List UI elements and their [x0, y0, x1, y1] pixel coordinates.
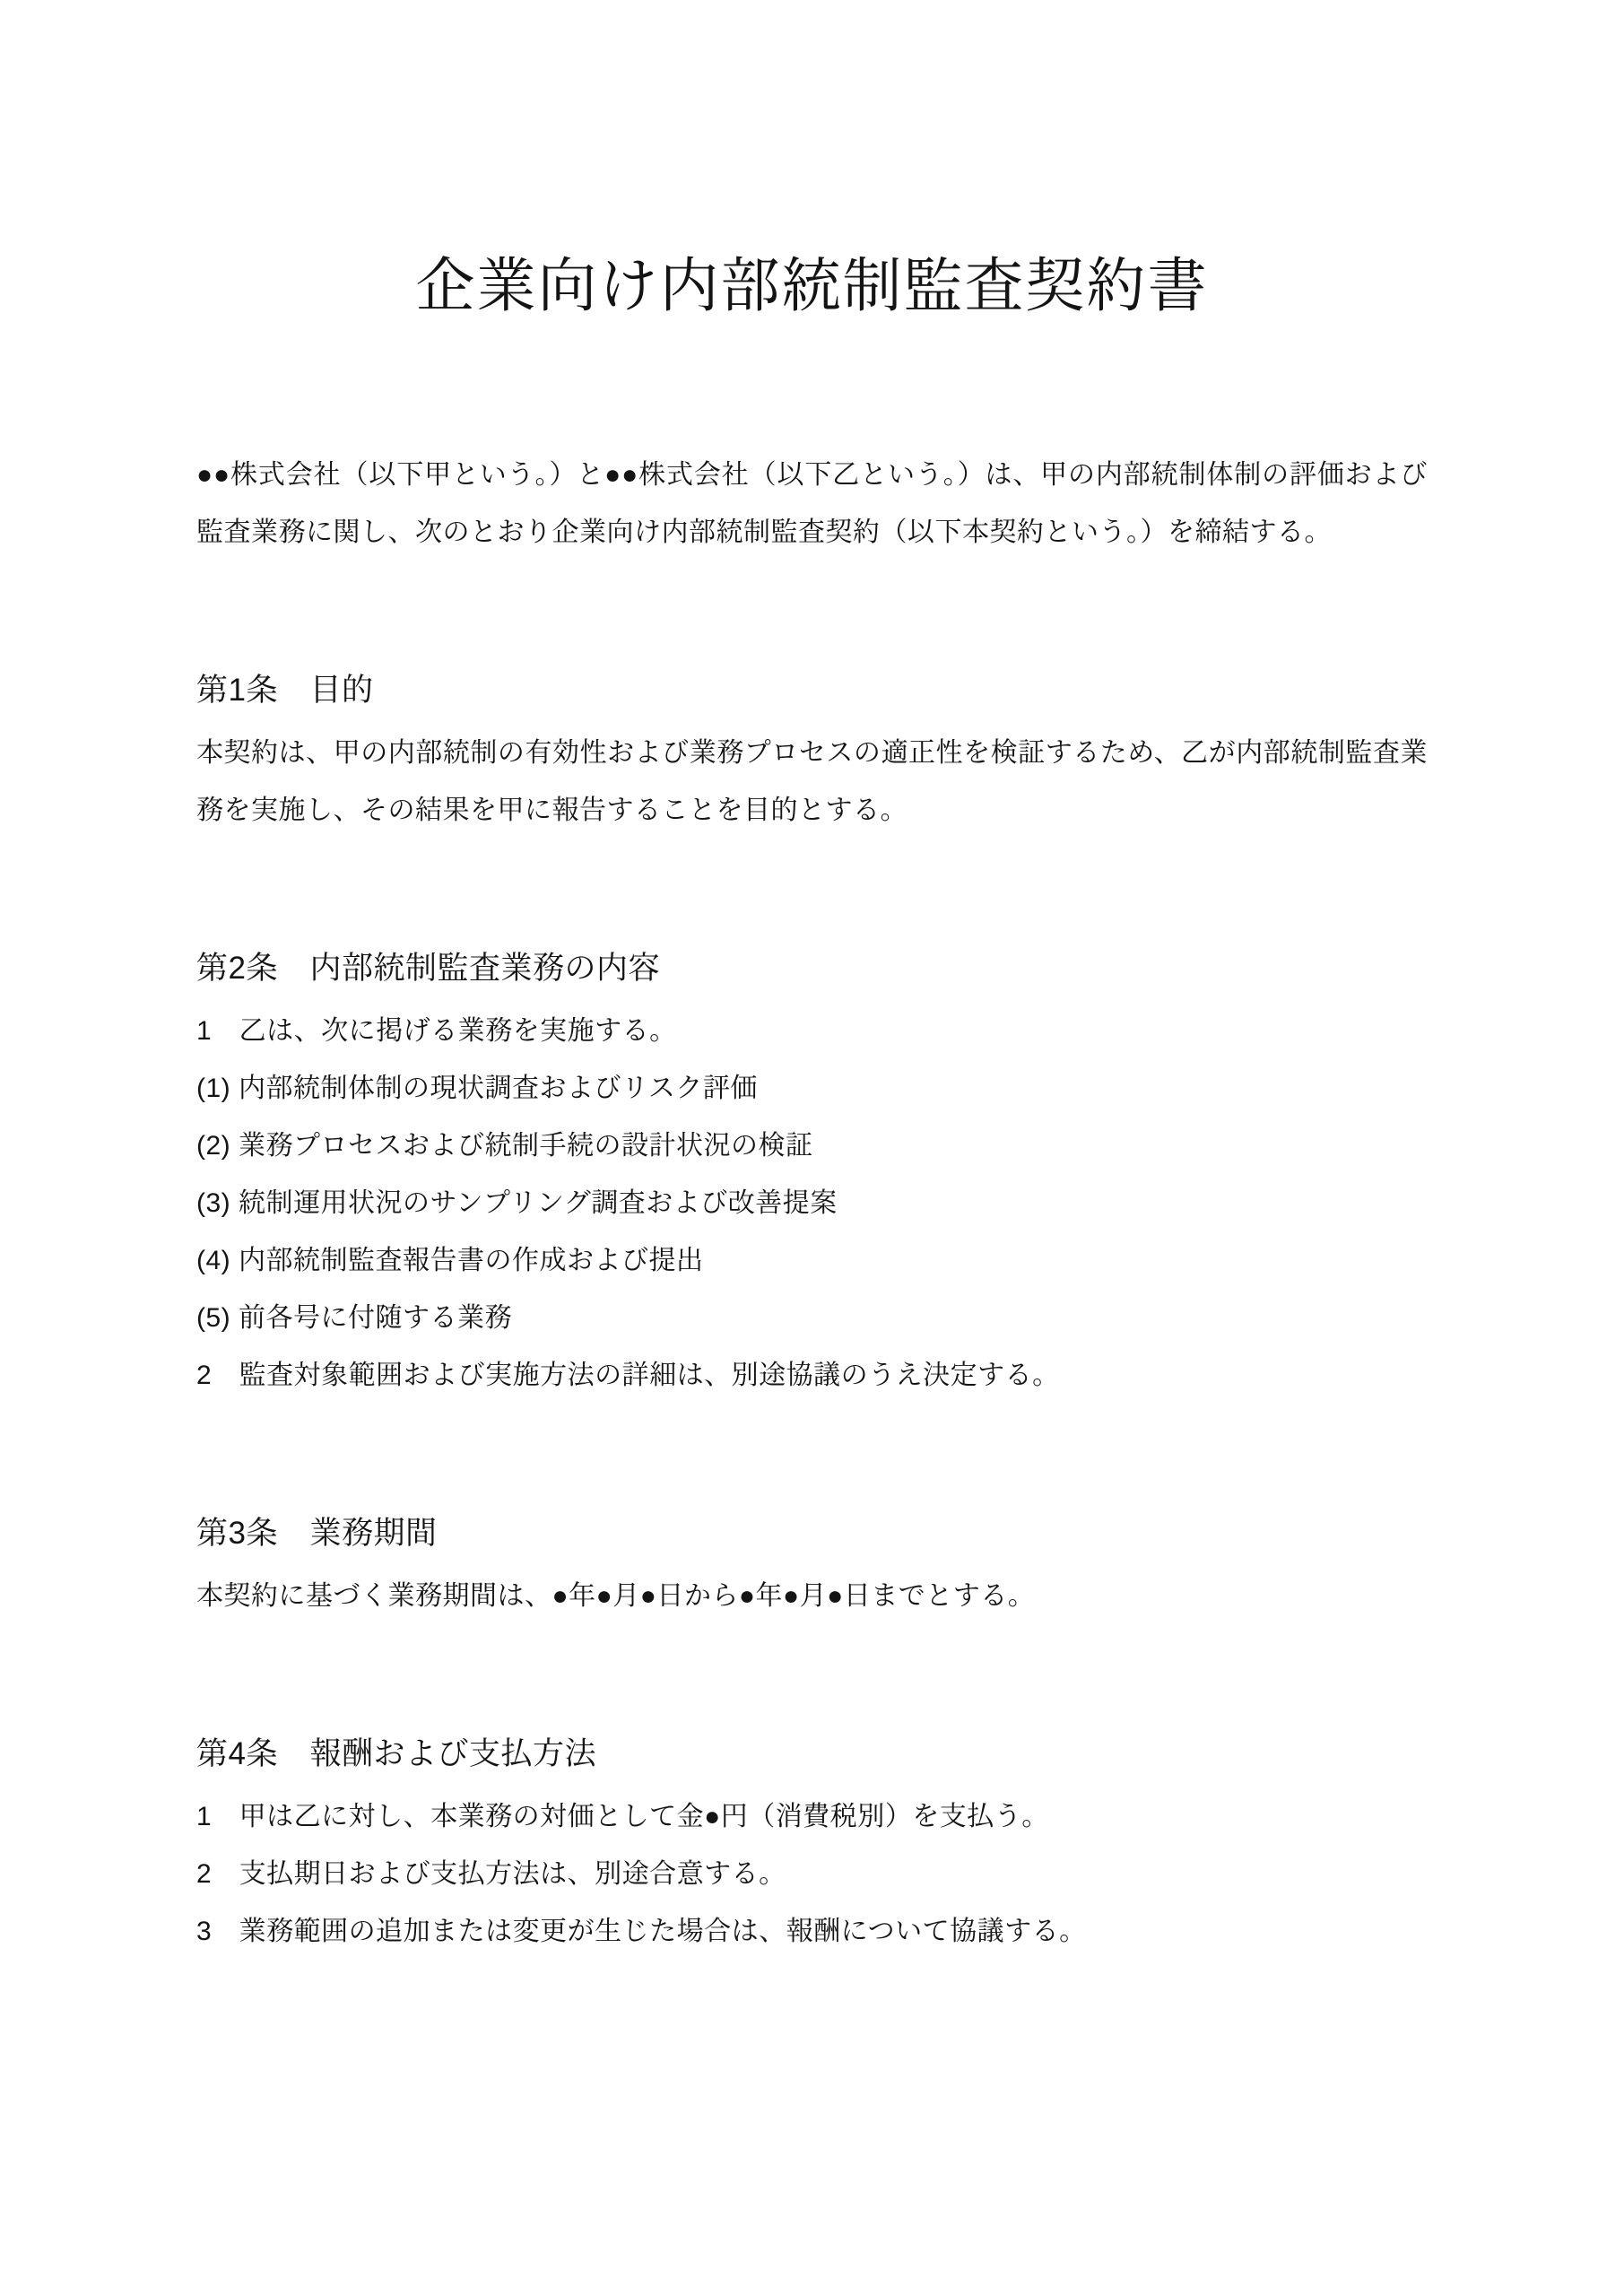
article-2-clause-2: 2 監査対象範囲および実施方法の詳細は、別途協議のうえ決定する。	[196, 1347, 1428, 1405]
article-2-heading: 第2条 内部統制監査業務の内容	[196, 940, 1428, 997]
article-2-item-1: (1) 内部統制体制の現状調査およびリスク評価	[196, 1060, 1428, 1118]
article-2-scope-of-audit-services: 第2条 内部統制監査業務の内容 1 乙は、次に掲げる業務を実施する。 (1) 内…	[196, 940, 1428, 1405]
intro-paragraph: ●●株式会社（以下甲という。）と●●株式会社（以下乙という。）は、甲の内部統制体…	[196, 447, 1428, 561]
article-2-item-3: (3) 統制運用状況のサンプリング調査および改善提案	[196, 1175, 1428, 1232]
article-1-heading: 第1条 目的	[196, 662, 1428, 719]
contract-document-page: 企業向け内部統制監査契約書 ●●株式会社（以下甲という。）と●●株式会社（以下乙…	[0, 0, 1624, 2296]
article-4-clause-2: 2 支払期日および支払方法は、別途合意する。	[196, 1846, 1428, 1903]
article-2-item-5: (5) 前各号に付随する業務	[196, 1290, 1428, 1347]
article-2-clause-1: 1 乙は、次に掲げる業務を実施する。	[196, 1003, 1428, 1060]
article-2-item-4: (4) 内部統制監査報告書の作成および提出	[196, 1232, 1428, 1290]
article-1-paragraph: 本契約は、甲の内部統制の有効性および業務プロセスの適正性を検証するため、乙が内部…	[196, 725, 1428, 839]
document-title: 企業向け内部統制監査契約書	[196, 249, 1428, 321]
article-4-clause-1: 1 甲は乙に対し、本業務の対価として金●円（消費税別）を支払う。	[196, 1788, 1428, 1846]
article-3-paragraph: 本契約に基づく業務期間は、●年●月●日から●年●月●日までとする。	[196, 1568, 1428, 1625]
article-3-service-period: 第3条 業務期間 本契約に基づく業務期間は、●年●月●日から●年●月●日までとす…	[196, 1505, 1428, 1625]
article-1-purpose: 第1条 目的 本契約は、甲の内部統制の有効性および業務プロセスの適正性を検証する…	[196, 662, 1428, 839]
article-3-heading: 第3条 業務期間	[196, 1505, 1428, 1562]
article-4-heading: 第4条 報酬および支払方法	[196, 1726, 1428, 1783]
article-4-fees-and-payment: 第4条 報酬および支払方法 1 甲は乙に対し、本業務の対価として金●円（消費税別…	[196, 1726, 1428, 1961]
article-2-item-2: (2) 業務プロセスおよび統制手続の設計状況の検証	[196, 1118, 1428, 1175]
article-4-clause-3: 3 業務範囲の追加または変更が生じた場合は、報酬について協議する。	[196, 1903, 1428, 1961]
